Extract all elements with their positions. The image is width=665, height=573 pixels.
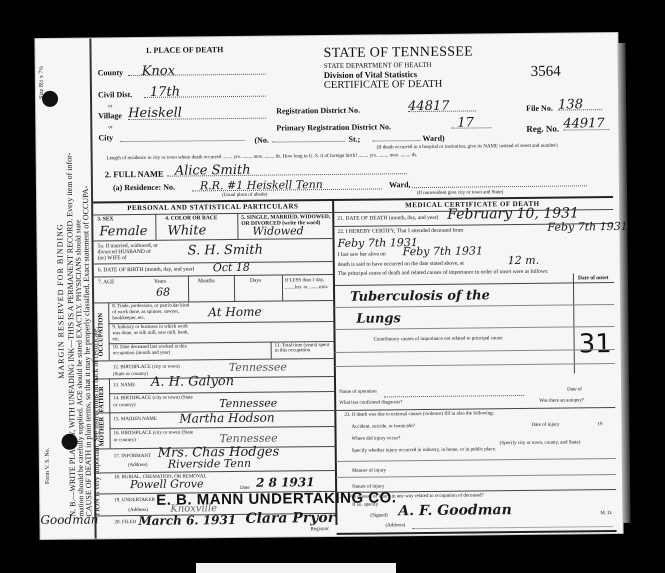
trade-label: 8. Trade, profession, or particular kind… <box>112 303 192 322</box>
divider <box>109 391 335 394</box>
age-years-label: Years <box>154 279 166 285</box>
file-number-value: 138 <box>558 97 583 112</box>
village-value: Heiskell <box>128 106 182 122</box>
ward-field <box>372 139 420 142</box>
race-value: White <box>167 223 206 238</box>
residence-ward-label: Ward, <box>389 180 411 189</box>
signed-label: (Signed) <box>370 513 387 518</box>
onset-label: Date of onset <box>578 275 609 281</box>
father-name-label: 13. NAME <box>113 383 135 388</box>
certificate-header: STATE OF TENNESSEE STATE DEPARTMENT OF H… <box>265 44 473 91</box>
age-label: 7. AGE <box>98 279 115 285</box>
last-worked-label: 10. Date deceased last worked at this oc… <box>113 344 193 357</box>
or-label: or <box>108 125 112 130</box>
divider <box>155 214 156 240</box>
birthplace-value: Tennessee <box>229 360 287 374</box>
father-birthplace-value: Tennessee <box>219 397 277 411</box>
certificate-title: CERTIFICATE OF DEATH <box>324 78 474 91</box>
mother-birthplace-label: 16. BIRTHPLACE (city or town) (State or … <box>113 429 193 444</box>
autopsy-label: Was there an autopsy? <box>539 398 584 403</box>
death-time-label: death is said to have occurred on the da… <box>338 261 464 268</box>
principal-cause-line-2: Lungs <box>356 311 401 326</box>
divider <box>95 358 335 362</box>
md-label: M. D. <box>600 511 612 516</box>
divider <box>334 326 614 330</box>
physician-signature: A. F. Goodman <box>398 502 512 519</box>
page-below-edge <box>196 563 396 573</box>
street-label: St.; <box>348 135 360 144</box>
divider <box>282 274 283 300</box>
manner-label: Manner of injury <box>352 468 386 473</box>
sex-value: Female <box>99 224 147 240</box>
mother-name-label: 15. MAIDEN NAME <box>113 417 157 422</box>
primary-registration-label: Primary Registration District No. <box>276 122 391 132</box>
accident-label: Accident, suicide, or homicide? <box>351 424 415 430</box>
divider <box>336 474 616 478</box>
age-months-label: Months <box>198 278 215 284</box>
filed-label: 20. FILED <box>114 520 136 525</box>
stamp-number: 3564 <box>531 64 561 81</box>
divider <box>337 530 617 535</box>
undertaker-address-label: (Address) <box>128 508 148 513</box>
father-side-label: FATHER <box>97 386 106 412</box>
place-of-death-label: 1. PLACE OF DEATH <box>145 45 223 55</box>
death-certificate: Size 8½ x 7¼ Form V. S. No. MARGIN RESER… <box>35 33 622 539</box>
margin-signature: Goodman <box>40 512 98 527</box>
informant-address-label: (Address) <box>128 463 148 468</box>
divider <box>96 470 336 474</box>
primary-registration-value: 17 <box>457 115 474 130</box>
nonresident-note: (If nonresident give city or town and St… <box>417 190 503 196</box>
binding-label: MARGIN RESERVED FOR BINDING <box>55 223 66 379</box>
where-injury-note: (Specify city or town, county, and State… <box>500 440 581 446</box>
marital-status-value: Widowed <box>252 224 303 238</box>
external-causes-label: 23. If death was due to external causes … <box>344 411 494 418</box>
age-years-value: 68 <box>156 286 170 299</box>
trade-value: At Home <box>208 305 261 320</box>
if-so-label: If so, specify <box>352 502 378 507</box>
registration-district-field: 44817 <box>408 96 476 112</box>
hospital-note: (If death occurred in a hospital or inst… <box>377 144 558 151</box>
civil-district-label: Civil Dist. <box>98 90 132 99</box>
spouse-label: 5a. If married, widowed, or divorced HUS… <box>98 243 160 262</box>
operation-label: Name of operation <box>339 390 377 395</box>
personal-section-title: PERSONAL AND STATISTICAL PARTICULARS <box>127 202 298 212</box>
father-name-value: A. H. Galyon <box>151 374 234 390</box>
physician-address-label: (Address) <box>385 523 405 528</box>
divider <box>234 275 235 301</box>
residence-field: R.R. #1 Heiskell Tenn <box>192 174 382 191</box>
ward-label: Ward) <box>422 134 444 143</box>
page-edge <box>617 43 630 523</box>
specify-injury-label: Specify whether injury occurred in indus… <box>352 447 496 454</box>
operation-field <box>384 394 524 397</box>
street-field <box>272 140 344 143</box>
injury-year-label: 19 <box>597 422 602 427</box>
last-saw-label: I last saw her alive on <box>338 251 386 258</box>
county-label: County <box>98 68 123 77</box>
total-time-label: 11. Total time (years) spent in this occ… <box>275 343 333 354</box>
filed-date: March 6. 1931 <box>138 513 236 528</box>
divider <box>334 304 614 308</box>
race-label: 4. COLOR OR RACE <box>165 215 217 222</box>
county-value: Knox <box>142 64 175 79</box>
village-label: Village <box>98 111 122 120</box>
mother-side-label: MOTHER <box>97 417 106 447</box>
date-of-birth-label: 6. DATE OF BIRTH (month, day, and year) <box>98 266 195 273</box>
divider <box>336 458 616 462</box>
divider <box>573 273 575 373</box>
date-of-death-label: 21. DATE OF DEATH (month, day, and year) <box>337 215 438 222</box>
certify-label: 22. I HEREBY CERTIFY, That I attended de… <box>337 228 463 235</box>
primary-registration-field: 17 <box>451 113 491 128</box>
civil-district-value: 17th <box>150 85 180 100</box>
nature-label: Nature of injury <box>352 484 384 489</box>
attended-from-value: Feby 7th 1931 <box>547 220 627 234</box>
city-label: City <box>98 133 113 142</box>
principal-cause-line-1: Tuberculosis of the <box>350 288 490 304</box>
father-birthplace-label: 14. BIRTHPLACE (city or town) (State or … <box>113 394 193 409</box>
where-injury-label: Where did injury occur? <box>352 436 401 442</box>
registration-district-label: Registration District No. <box>276 106 360 116</box>
divider <box>188 275 189 301</box>
sex-label: 3. SEX <box>97 216 113 222</box>
registration-district-value: 44817 <box>408 99 450 114</box>
reg-number-label: Reg. No. <box>526 124 559 134</box>
divider <box>271 342 272 359</box>
informant-label: 17. INFORMANT <box>114 454 151 459</box>
file-number-field: 138 <box>558 95 602 110</box>
date-of-birth-value: Oct 18 <box>213 261 250 274</box>
divider <box>237 213 238 239</box>
village-field: Heiskell <box>128 103 266 120</box>
civil-district-field: 17th <box>144 82 266 98</box>
residence-label: (a) Residence: No. <box>113 183 175 193</box>
size-note: Size 8½ x 7¼ <box>38 66 47 99</box>
county-field: Knox <box>128 61 266 76</box>
cause-intro: The principal cause of death and related… <box>338 268 603 277</box>
form-number: Form V. S. No. <box>44 448 53 484</box>
undertaker-label: 19. UNDERTAKER <box>114 498 155 503</box>
residence-value: R.R. #1 Heiskell Tenn <box>200 178 323 192</box>
residence-ward-field <box>412 184 587 188</box>
full-name-label: 2. FULL NAME <box>105 169 164 180</box>
informant-address-value: Riverside Tenn <box>168 457 251 471</box>
state-title: STATE OF TENNESSEE <box>323 44 473 62</box>
age-days-label: Days <box>250 278 261 284</box>
usual-place-note: (Usual place of abode) <box>222 193 267 198</box>
injury-date-label: Date of injury <box>531 423 559 428</box>
divider <box>108 302 110 360</box>
registrar-label: Registrar <box>311 527 329 532</box>
last-saw-value: Feby 7th 1931 <box>403 244 483 258</box>
occupation-side-label: OCCUPATION <box>96 313 105 357</box>
divider <box>94 300 334 304</box>
reg-number-value: 44917 <box>563 116 605 131</box>
divider <box>335 349 615 353</box>
physician-address-field <box>413 525 613 529</box>
reg-number-field: 44917 <box>563 114 609 130</box>
diagnosis-label: What test confirmed diagnosis? <box>339 400 402 406</box>
contributory-label: Contributory causes of importance not re… <box>374 336 504 342</box>
industry-label: 9. Industry or business in which work wa… <box>112 324 192 343</box>
operation-date-label: Date of <box>567 387 582 392</box>
file-number-label: File No. <box>526 104 553 113</box>
divider <box>109 426 335 429</box>
city-field <box>120 137 244 142</box>
street-number-label: (No. <box>254 136 269 145</box>
mother-birthplace-value: Tennessee <box>220 432 278 446</box>
mother-name-value: Martha Hodson <box>179 411 274 426</box>
divider <box>335 363 615 367</box>
filed-by-signature: Clara Pryor <box>245 510 335 527</box>
spouse-value: S. H. Smith <box>188 243 263 259</box>
age-less-label: If LESS than 1 day, ........hrs. or ....… <box>285 277 333 292</box>
or-label: or <box>108 104 112 109</box>
divider <box>335 407 615 411</box>
burial-value: Powell Grove <box>130 477 204 491</box>
burial-date-value: 2 8 1931 <box>256 475 315 490</box>
onset-value: 31 <box>578 329 611 359</box>
death-time-value: 12 m. <box>508 254 540 267</box>
binding-margin: Size 8½ x 7¼ Form V. S. No. MARGIN RESER… <box>35 38 96 539</box>
occupation-related-label: 24. Was disease or injury in any way rel… <box>340 493 484 500</box>
